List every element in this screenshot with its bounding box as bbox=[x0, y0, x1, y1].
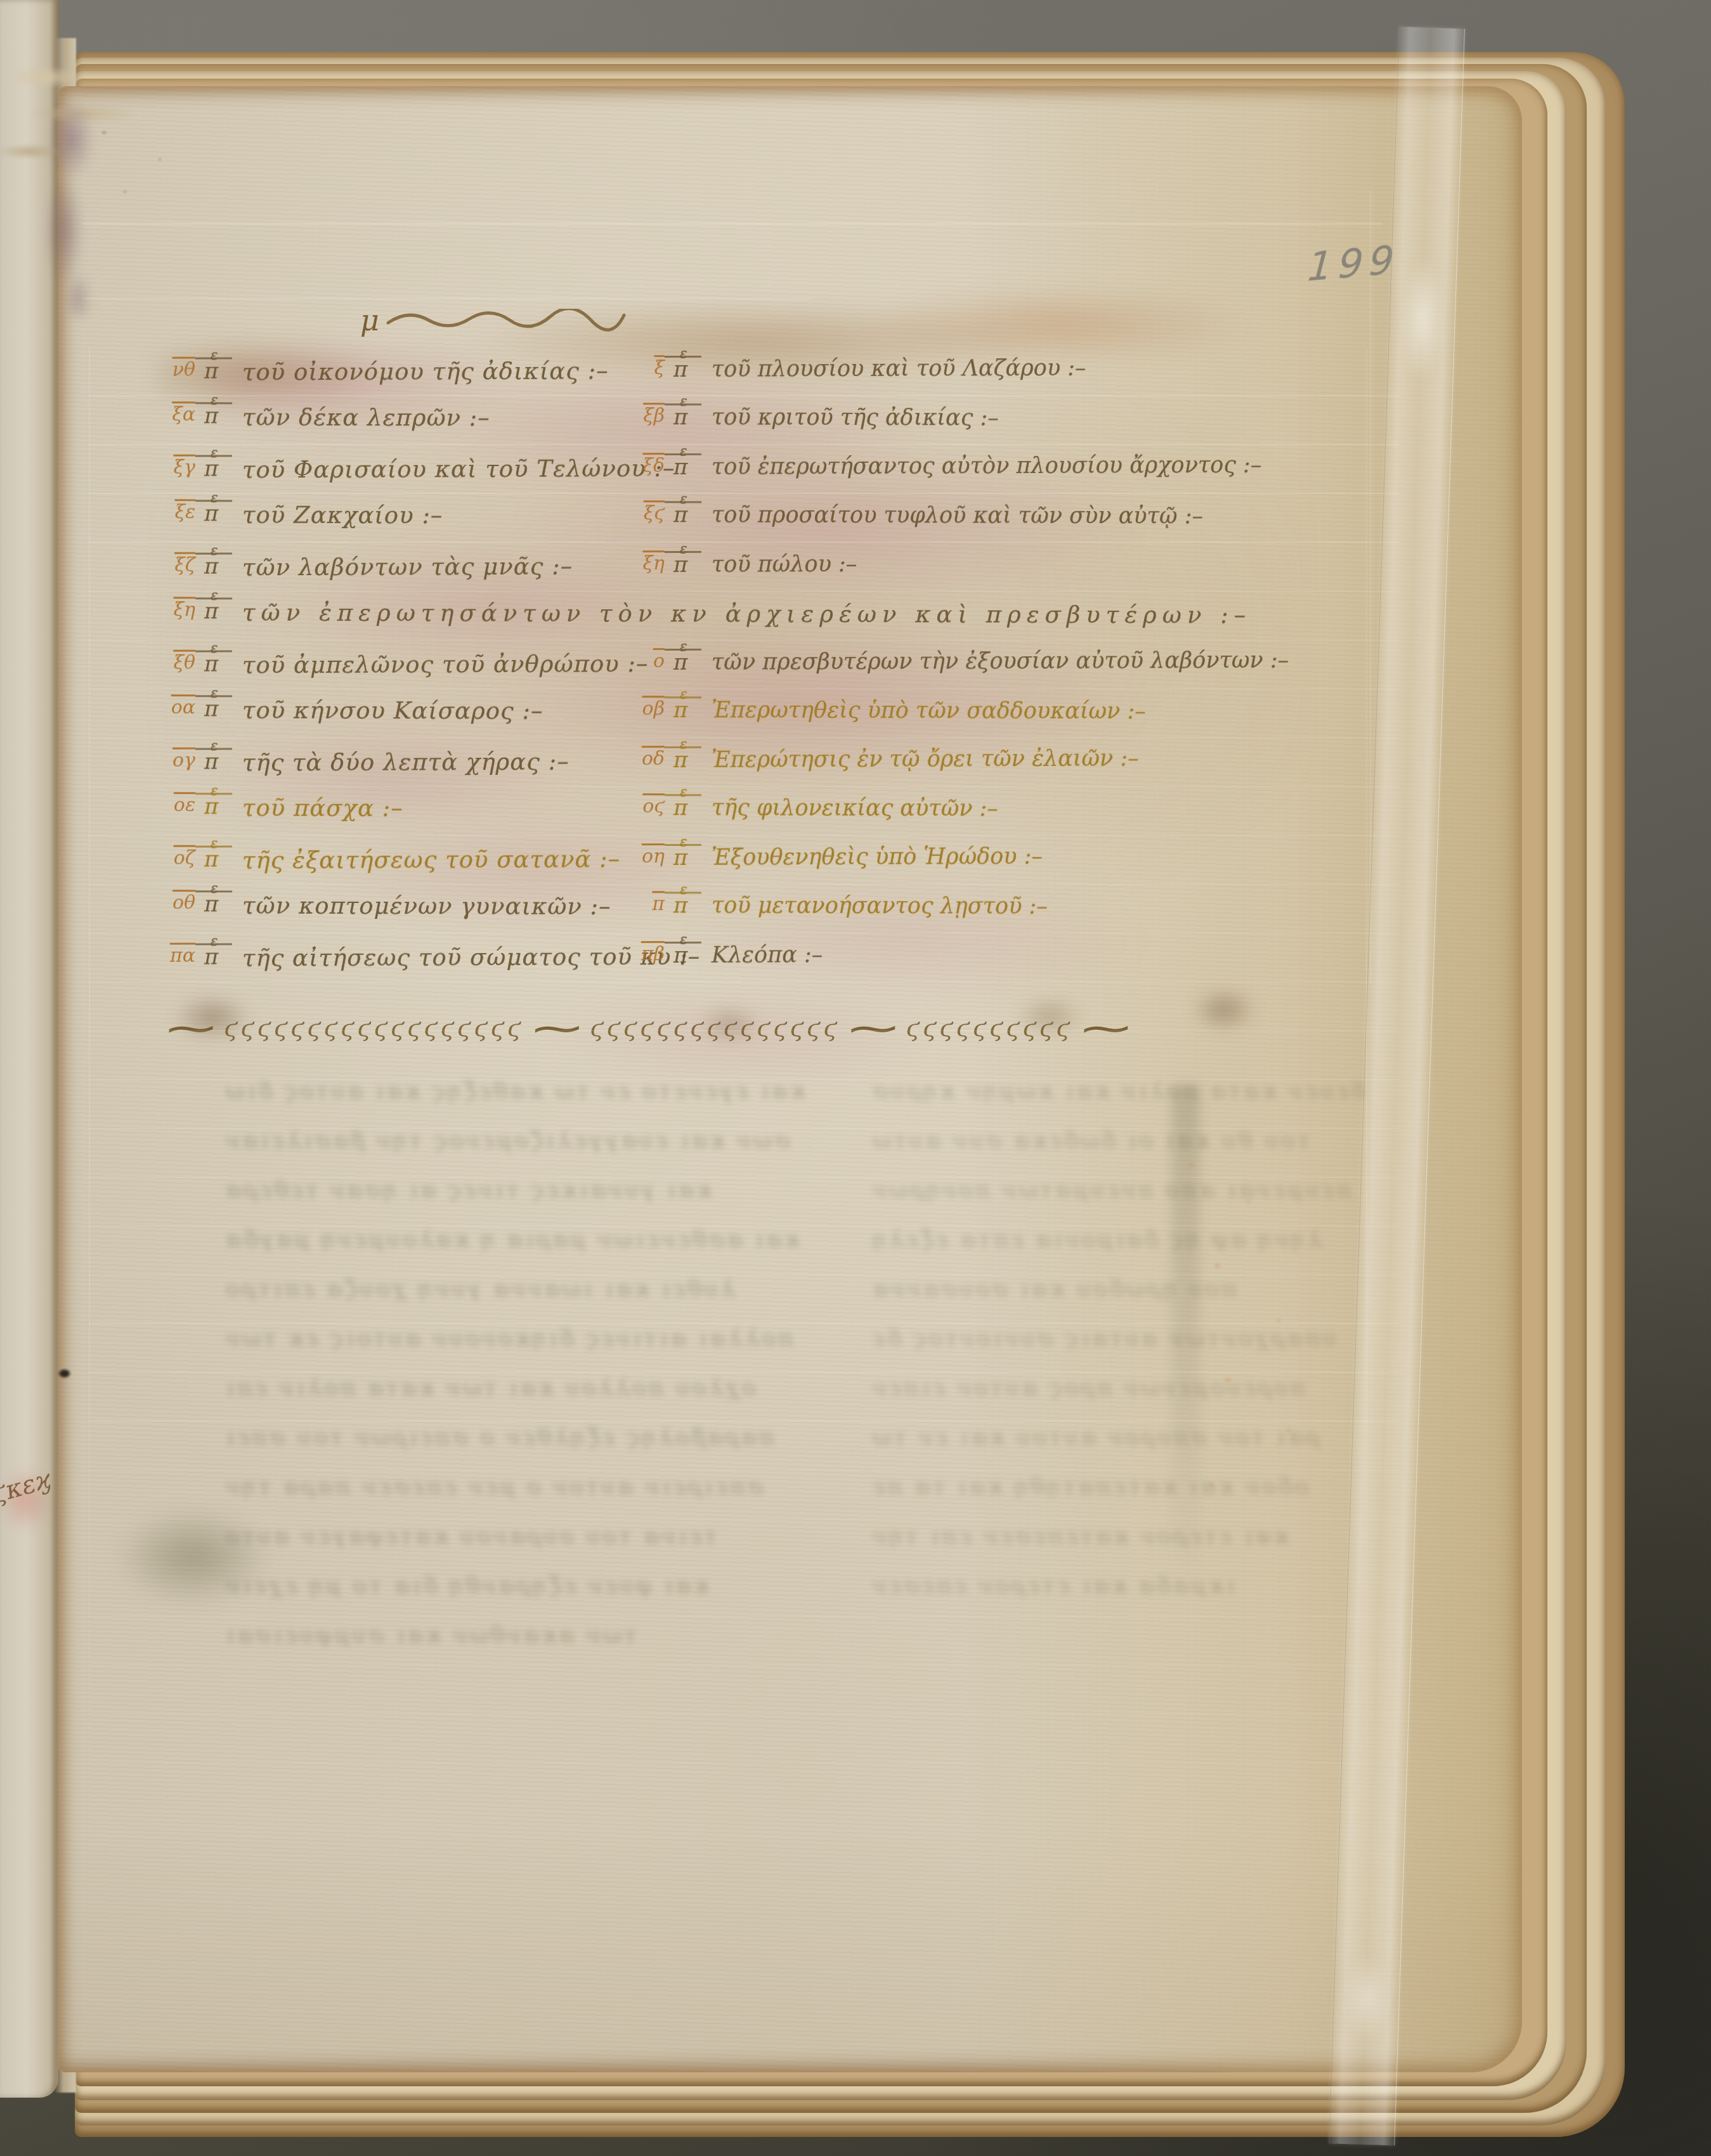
peri-ligature: πε bbox=[204, 599, 218, 624]
chapter-title-left: τοῦ οἰκονόμου τῆς ἀδικίας :– bbox=[242, 357, 609, 386]
peri-ligature: πε bbox=[204, 652, 218, 677]
kephalaia-row: οζπετῆς ἐξαιτήσεως τοῦ σατανᾶ :–οηπεἘξου… bbox=[0, 841, 1711, 889]
peri-ligature-epsilon: ε bbox=[211, 641, 218, 657]
kephalaia-row: ξηπετῶν ἐπερωτησάντων τὸν κν ἀρχιερέων κ… bbox=[0, 598, 1711, 644]
peri-ligature: πε bbox=[673, 357, 687, 382]
peri-ligature-epsilon: ε bbox=[211, 739, 218, 755]
peri-ligature-epsilon: ε bbox=[680, 542, 687, 557]
peri-ligature-epsilon: ε bbox=[680, 491, 687, 507]
folio-number: 199 bbox=[1306, 235, 1402, 290]
bleed-text-left: και ασθενειων μαρια η καλουμενη μαγδα bbox=[223, 1226, 799, 1252]
chapter-title-left: τοῦ Φαρισαίου καὶ τοῦ Τελώνου :– bbox=[242, 455, 675, 483]
chapter-number-right: π bbox=[624, 893, 665, 915]
chapter-title-right: Ἐξουθενηθεὶς ὑπὸ Ἡρώδου :– bbox=[712, 844, 1043, 871]
peri-ligature-overbar bbox=[195, 597, 232, 599]
header-mark: μ bbox=[360, 303, 627, 337]
kephalaia-row: νθπετοῦ οἰκονόμου τῆς ἀδικίας :–ξπετοῦ π… bbox=[0, 353, 1711, 401]
wave-flourish: ∼ bbox=[162, 1021, 220, 1035]
peri-ligature: πε bbox=[673, 502, 687, 528]
chapter-title-left: τοῦ Ζακχαίου :– bbox=[242, 501, 443, 529]
kephalaia-row: ξεπετοῦ Ζακχαίου :–ξϛπετοῦ προσαίτου τυφ… bbox=[0, 500, 1711, 547]
kephalaia-row: ξθπετοῦ ἀμπελῶνος τοῦ ἀνθρώπου :–οπετῶν … bbox=[0, 646, 1711, 694]
peri-ligature-overbar bbox=[665, 892, 701, 893]
chapter-title-right: τοῦ πλουσίου καὶ τοῦ Λαζάρου :– bbox=[712, 356, 1086, 382]
peri-ligature-overbar bbox=[665, 844, 701, 846]
bleed-text-left: σων και ευαγγελιζομενος την βασιλειαν bbox=[223, 1127, 790, 1153]
peri-ligature: πε bbox=[673, 455, 687, 480]
peri-ligature-epsilon: ε bbox=[680, 882, 687, 898]
chapter-number-right: οη bbox=[624, 845, 665, 867]
peri-ligature-overbar bbox=[195, 455, 232, 457]
peri-ligature-overbar bbox=[195, 650, 232, 652]
chapter-number-right: οδ bbox=[624, 748, 665, 770]
chapter-title-right: τοῦ πώλου :– bbox=[712, 552, 857, 578]
peri-ligature-overbar bbox=[665, 794, 701, 796]
chapter-title-right: τοῦ ἐπερωτήσαντος αὐτὸν πλουσίου ἄρχοντο… bbox=[712, 453, 1262, 480]
chapter-number-left: ξη bbox=[150, 599, 195, 621]
chapter-number-right: ξϛ bbox=[624, 502, 665, 524]
peri-ligature: πε bbox=[673, 698, 687, 723]
peri-ligature-overbar bbox=[195, 402, 232, 404]
bleed-text-left: και εγενετο εν τω καθεξης και αυτος διω bbox=[223, 1078, 805, 1104]
peri-ligature: πε bbox=[673, 795, 687, 821]
chapter-title-left: τοῦ πάσχα :– bbox=[242, 794, 403, 822]
kephalaia-row: οθπετῶν κοπτομένων γυναικῶν :–ππετοῦ μετ… bbox=[0, 891, 1711, 937]
peri-ligature-overbar bbox=[665, 356, 701, 358]
chapter-number-right: ο bbox=[624, 650, 665, 672]
olive-blotch bbox=[89, 1490, 298, 1623]
peri-ligature: πε bbox=[204, 457, 218, 482]
peri-ligature: πε bbox=[673, 893, 687, 918]
chapter-number-right: ξβ bbox=[624, 405, 665, 427]
peri-ligature-overbar bbox=[195, 748, 232, 750]
peri-ligature-overbar bbox=[665, 403, 701, 405]
kephalaia-row: οεπετοῦ πάσχα :–οϛπετῆς φιλονεικίας αὐτῶ… bbox=[0, 793, 1711, 840]
brown-specks bbox=[76, 111, 216, 219]
peri-ligature-epsilon: ε bbox=[211, 934, 218, 950]
peri-ligature: πε bbox=[673, 552, 687, 578]
chapter-number-left: ξζ bbox=[150, 554, 195, 576]
chapter-number-right: πβ bbox=[624, 943, 665, 965]
peri-ligature: πε bbox=[204, 750, 218, 775]
bleed-text-right: δευεν κατα πολιν και κωμην κηρυσ bbox=[870, 1078, 1365, 1104]
peri-ligature-overbar bbox=[665, 942, 701, 944]
peri-ligature-epsilon: ε bbox=[680, 394, 687, 410]
parchment-crease bbox=[82, 298, 812, 299]
peri-ligature-overbar bbox=[665, 453, 701, 455]
peri-ligature: πε bbox=[673, 650, 687, 675]
peri-ligature: πε bbox=[673, 845, 687, 871]
chapter-title-right: τοῦ κριτοῦ τῆς ἀδικίας :– bbox=[712, 405, 999, 431]
sigma-chain: ϛϛϛϛϛϛϛϛϛϛ bbox=[906, 1014, 1073, 1042]
peri-ligature: πε bbox=[673, 405, 687, 430]
peri-ligature-epsilon: ε bbox=[680, 932, 687, 948]
peri-ligature-overbar bbox=[195, 943, 232, 945]
divider-ornament: ∼ϛϛϛϛϛϛϛϛϛϛϛϛϛϛϛϛϛϛ∼ϛϛϛϛϛϛϛϛϛϛϛϛϛϛϛ∼ϛϛϛϛ… bbox=[162, 1004, 1252, 1051]
peri-ligature: πε bbox=[673, 748, 687, 773]
chapter-title-left: τῆς ἐξαιτήσεως τοῦ σατανᾶ :– bbox=[242, 845, 620, 874]
peri-ligature: πε bbox=[204, 892, 218, 917]
peri-ligature: πε bbox=[204, 554, 218, 580]
kephalaia-row: ξγπετοῦ Φαρισαίου καὶ τοῦ Τελώνου :–ξδπε… bbox=[0, 451, 1711, 498]
bleed-text-left: οχλου πολλου και των κατα πολιν επι bbox=[223, 1375, 756, 1401]
peri-ligature-overbar bbox=[195, 500, 232, 502]
peri-ligature-epsilon: ε bbox=[211, 490, 218, 506]
chapter-title-left: τοῦ κήνσου Καίσαρος :– bbox=[242, 696, 543, 724]
chapter-title-right: τῶν πρεσβυτέρων τὴν ἐξουσίαν αὐτοῦ λαβόν… bbox=[712, 648, 1289, 675]
kephalaia-row: ξαπετῶν δέκα λεπρῶν :–ξβπετοῦ κριτοῦ τῆς… bbox=[0, 403, 1711, 449]
bleed-text-left: των ακανθων και συμφυεισαι bbox=[223, 1622, 637, 1648]
kephalaia-row: οαπετοῦ κήνσου Καίσαρος :–οβπεἘπερωτηθεὶ… bbox=[0, 696, 1711, 742]
peri-ligature-overbar bbox=[195, 695, 232, 697]
peri-ligature: πε bbox=[204, 847, 218, 873]
chapter-title-left: τῶν κοπτομένων γυναικῶν :– bbox=[242, 892, 611, 920]
chapter-number-left: ξγ bbox=[150, 457, 195, 479]
chapter-number-left: οζ bbox=[150, 847, 195, 869]
parchment-crease bbox=[82, 223, 1382, 224]
peri-ligature-overbar bbox=[665, 696, 701, 698]
wave-flourish: ∼ bbox=[844, 1021, 902, 1035]
bleed-text-left: πολλαι αιτινες διηκονουν αυτοις εκ των bbox=[223, 1325, 793, 1351]
sigma-chain: ϛϛϛϛϛϛϛϛϛϛϛϛϛϛϛϛϛϛ bbox=[224, 1014, 524, 1042]
peri-ligature-overbar bbox=[195, 357, 232, 359]
chapter-number-right: οβ bbox=[624, 698, 665, 720]
chapter-number-right: ξ bbox=[624, 357, 665, 379]
chapter-number-right: οϛ bbox=[624, 795, 665, 817]
peri-ligature-epsilon: ε bbox=[211, 836, 218, 852]
chapter-number-right: ξη bbox=[624, 552, 665, 575]
chapter-title-left: τῶν δέκα λεπρῶν :– bbox=[242, 403, 490, 431]
peri-ligature: πε bbox=[204, 794, 218, 819]
peri-ligature-epsilon: ε bbox=[680, 784, 687, 800]
peri-ligature-epsilon: ε bbox=[680, 444, 687, 460]
peri-ligature-epsilon: ε bbox=[211, 588, 218, 604]
peri-ligature-epsilon: ε bbox=[680, 687, 687, 703]
chapter-title-right: τοῦ μετανοήσαντος λῃστοῦ :– bbox=[712, 893, 1048, 919]
chapter-number-left: οε bbox=[150, 794, 195, 816]
bleed-text-left: σπειρειν αυτον ο μεν επεσεν παρα την bbox=[223, 1474, 764, 1500]
chapter-number-right: ξδ bbox=[624, 455, 665, 477]
peri-ligature-epsilon: ε bbox=[680, 639, 687, 655]
kephalaia-row: ξζπετῶν λαβόντων τὰς μνᾶς :–ξηπετοῦ πώλο… bbox=[0, 549, 1711, 596]
kephalaia-row: ογπετῆς τὰ δύο λεπτὰ χήρας :–οδπεἘπερώτη… bbox=[0, 744, 1711, 791]
chapter-title-right: Ἐπερώτησις ἐν τῷ ὄρει τῶν ἐλαιῶν :– bbox=[712, 746, 1139, 772]
peri-ligature-epsilon: ε bbox=[680, 346, 687, 362]
chapter-number-left: πα bbox=[150, 945, 195, 967]
manuscript-photo: ϛκεϗ 199 μ νθπετοῦ οἰκονόμου τῆς ἀδικίας… bbox=[0, 0, 1711, 2156]
chapter-title-right: τοῦ προσαίτου τυφλοῦ καὶ τῶν σὺν αὐτῷ :– bbox=[712, 502, 1203, 529]
peri-ligature-epsilon: ε bbox=[211, 348, 218, 364]
peri-ligature-epsilon: ε bbox=[211, 393, 218, 408]
chapter-title-left: τῶν ἐπερωτησάντων τὸν κν ἀρχιερέων καὶ π… bbox=[242, 599, 1251, 628]
chapter-number-left: ξε bbox=[150, 501, 195, 523]
peri-ligature: πε bbox=[673, 943, 687, 968]
chapter-number-left: νθ bbox=[150, 359, 195, 381]
peri-ligature-epsilon: ε bbox=[211, 881, 218, 897]
bleed-text-left: λυθει και ιωαννα γυνη χουζα επιτρο bbox=[223, 1276, 735, 1302]
chapter-number-left: οα bbox=[150, 696, 195, 718]
bleed-text-left: και γυναικες τινες αι ησαν τεθερα bbox=[223, 1177, 712, 1203]
header-wave-flourish bbox=[386, 309, 627, 332]
peri-ligature-overbar bbox=[665, 649, 701, 651]
peri-ligature-overbar bbox=[665, 746, 701, 748]
sigma-chain: ϛϛϛϛϛϛϛϛϛϛϛϛϛϛϛ bbox=[590, 1014, 840, 1042]
peri-ligature-overbar bbox=[195, 793, 232, 795]
peri-ligature-epsilon: ε bbox=[680, 737, 687, 753]
peri-ligature-epsilon: ε bbox=[680, 834, 687, 850]
peri-ligature: πε bbox=[204, 945, 218, 970]
peri-ligature-epsilon: ε bbox=[211, 685, 218, 701]
chapter-title-right: Κλεόπα :– bbox=[712, 942, 823, 968]
peri-ligature: πε bbox=[204, 403, 218, 429]
peri-ligature-overbar bbox=[665, 501, 701, 503]
peri-ligature-epsilon: ε bbox=[211, 543, 218, 559]
peri-ligature-overbar bbox=[195, 890, 232, 892]
chapter-number-left: οθ bbox=[150, 892, 195, 914]
header-mark-letter: μ bbox=[360, 303, 379, 337]
peri-ligature-overbar bbox=[195, 552, 232, 554]
peri-ligature-overbar bbox=[665, 551, 701, 553]
bleed-text-left: παραβολης εξηλθεν ο σπειρων του σπει bbox=[223, 1424, 774, 1450]
gutter-tear-notch bbox=[56, 1361, 77, 1386]
chapter-title-right: Ἐπερωτηθεὶς ὑπὸ τῶν σαδδουκαίων :– bbox=[712, 698, 1146, 724]
wave-flourish: ∼ bbox=[1077, 1021, 1135, 1035]
peri-ligature: πε bbox=[204, 359, 218, 384]
chapter-title-left: τοῦ ἀμπελῶνος τοῦ ἀνθρώπου :– bbox=[242, 650, 649, 679]
orange-speckles bbox=[1167, 1129, 1370, 1585]
chapter-number-left: ξθ bbox=[150, 652, 195, 674]
peri-ligature-epsilon: ε bbox=[211, 446, 218, 462]
chapter-title-left: τῆς τὰ δύο λεπτὰ χήρας :– bbox=[242, 748, 569, 777]
peri-ligature: πε bbox=[204, 501, 218, 526]
chapter-number-left: ογ bbox=[150, 750, 195, 772]
wave-flourish: ∼ bbox=[528, 1021, 586, 1035]
peri-ligature: πε bbox=[204, 696, 218, 722]
chapter-title-left: τῶν λαβόντων τὰς μνᾶς :– bbox=[242, 553, 573, 581]
chapter-title-right: τῆς φιλονεικίας αὐτῶν :– bbox=[712, 795, 998, 821]
peri-ligature-overbar bbox=[195, 845, 232, 847]
peri-ligature-epsilon: ε bbox=[211, 783, 218, 799]
chapter-number-left: ξα bbox=[150, 403, 195, 425]
kephalaia-row: παπετῆς αἰτήσεως τοῦ σώματος τοῦ κυ :–πβ… bbox=[0, 939, 1711, 987]
